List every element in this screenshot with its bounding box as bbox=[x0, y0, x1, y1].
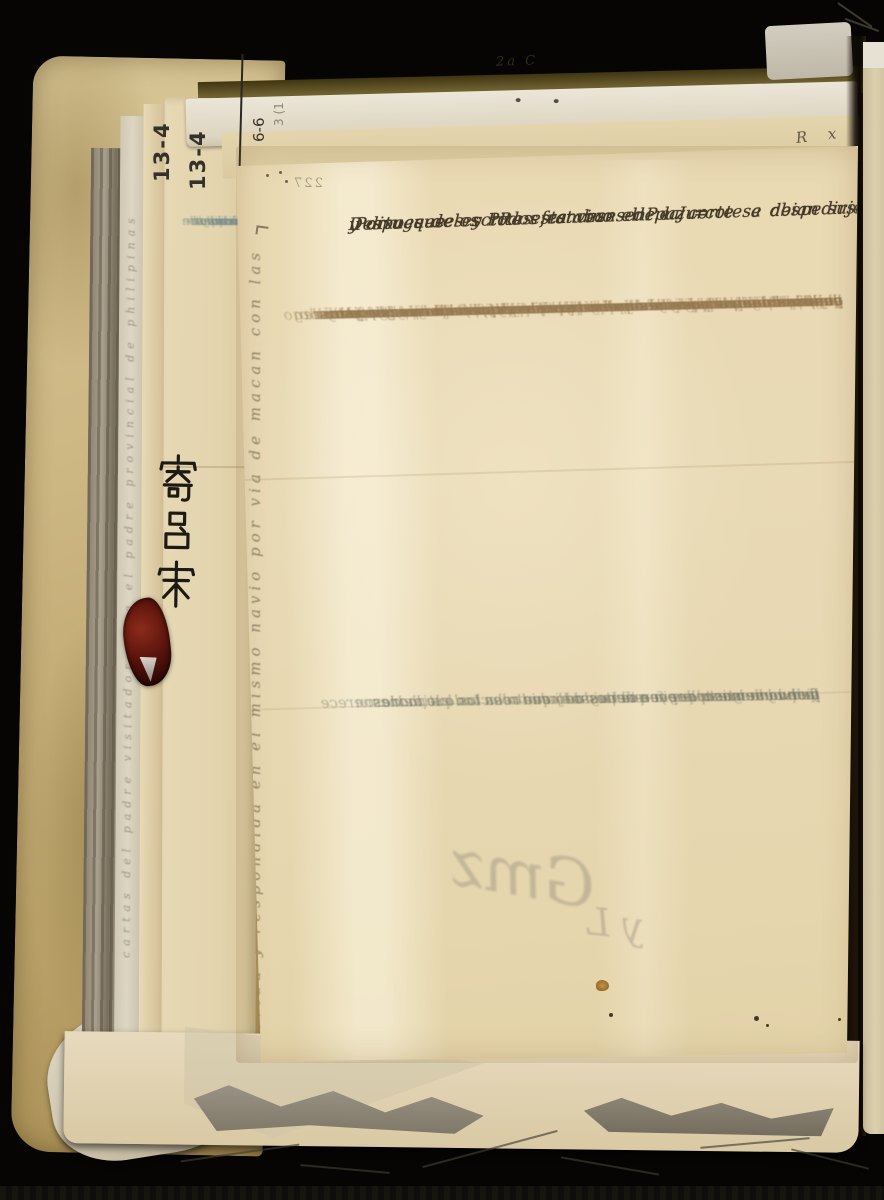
shelf-mark-2: 13-4 bbox=[186, 129, 210, 190]
top-edge-script: 2a C bbox=[496, 53, 539, 69]
scanner-bed-strip bbox=[0, 1186, 884, 1200]
shelf-mark-3: 6-6 bbox=[250, 118, 268, 143]
right-page-edge bbox=[863, 42, 884, 1134]
corner-pen-marks: R x bbox=[795, 123, 845, 146]
right-page-deckle bbox=[863, 42, 884, 68]
thread bbox=[561, 1156, 660, 1175]
manuscript-photo: cartas del padre visitador para el padre… bbox=[0, 0, 884, 1200]
ink-dot bbox=[554, 99, 559, 103]
seal-glint bbox=[140, 655, 160, 683]
paper-fragment bbox=[765, 22, 854, 80]
sheet-edge-shading bbox=[236, 146, 858, 1063]
shelf-mark-4: 3 (1 bbox=[272, 102, 286, 126]
thread bbox=[300, 1164, 390, 1174]
shelf-mark-1: 13-4 bbox=[150, 121, 174, 182]
torn-edge-patch bbox=[584, 1095, 834, 1136]
ink-dot bbox=[516, 98, 521, 102]
